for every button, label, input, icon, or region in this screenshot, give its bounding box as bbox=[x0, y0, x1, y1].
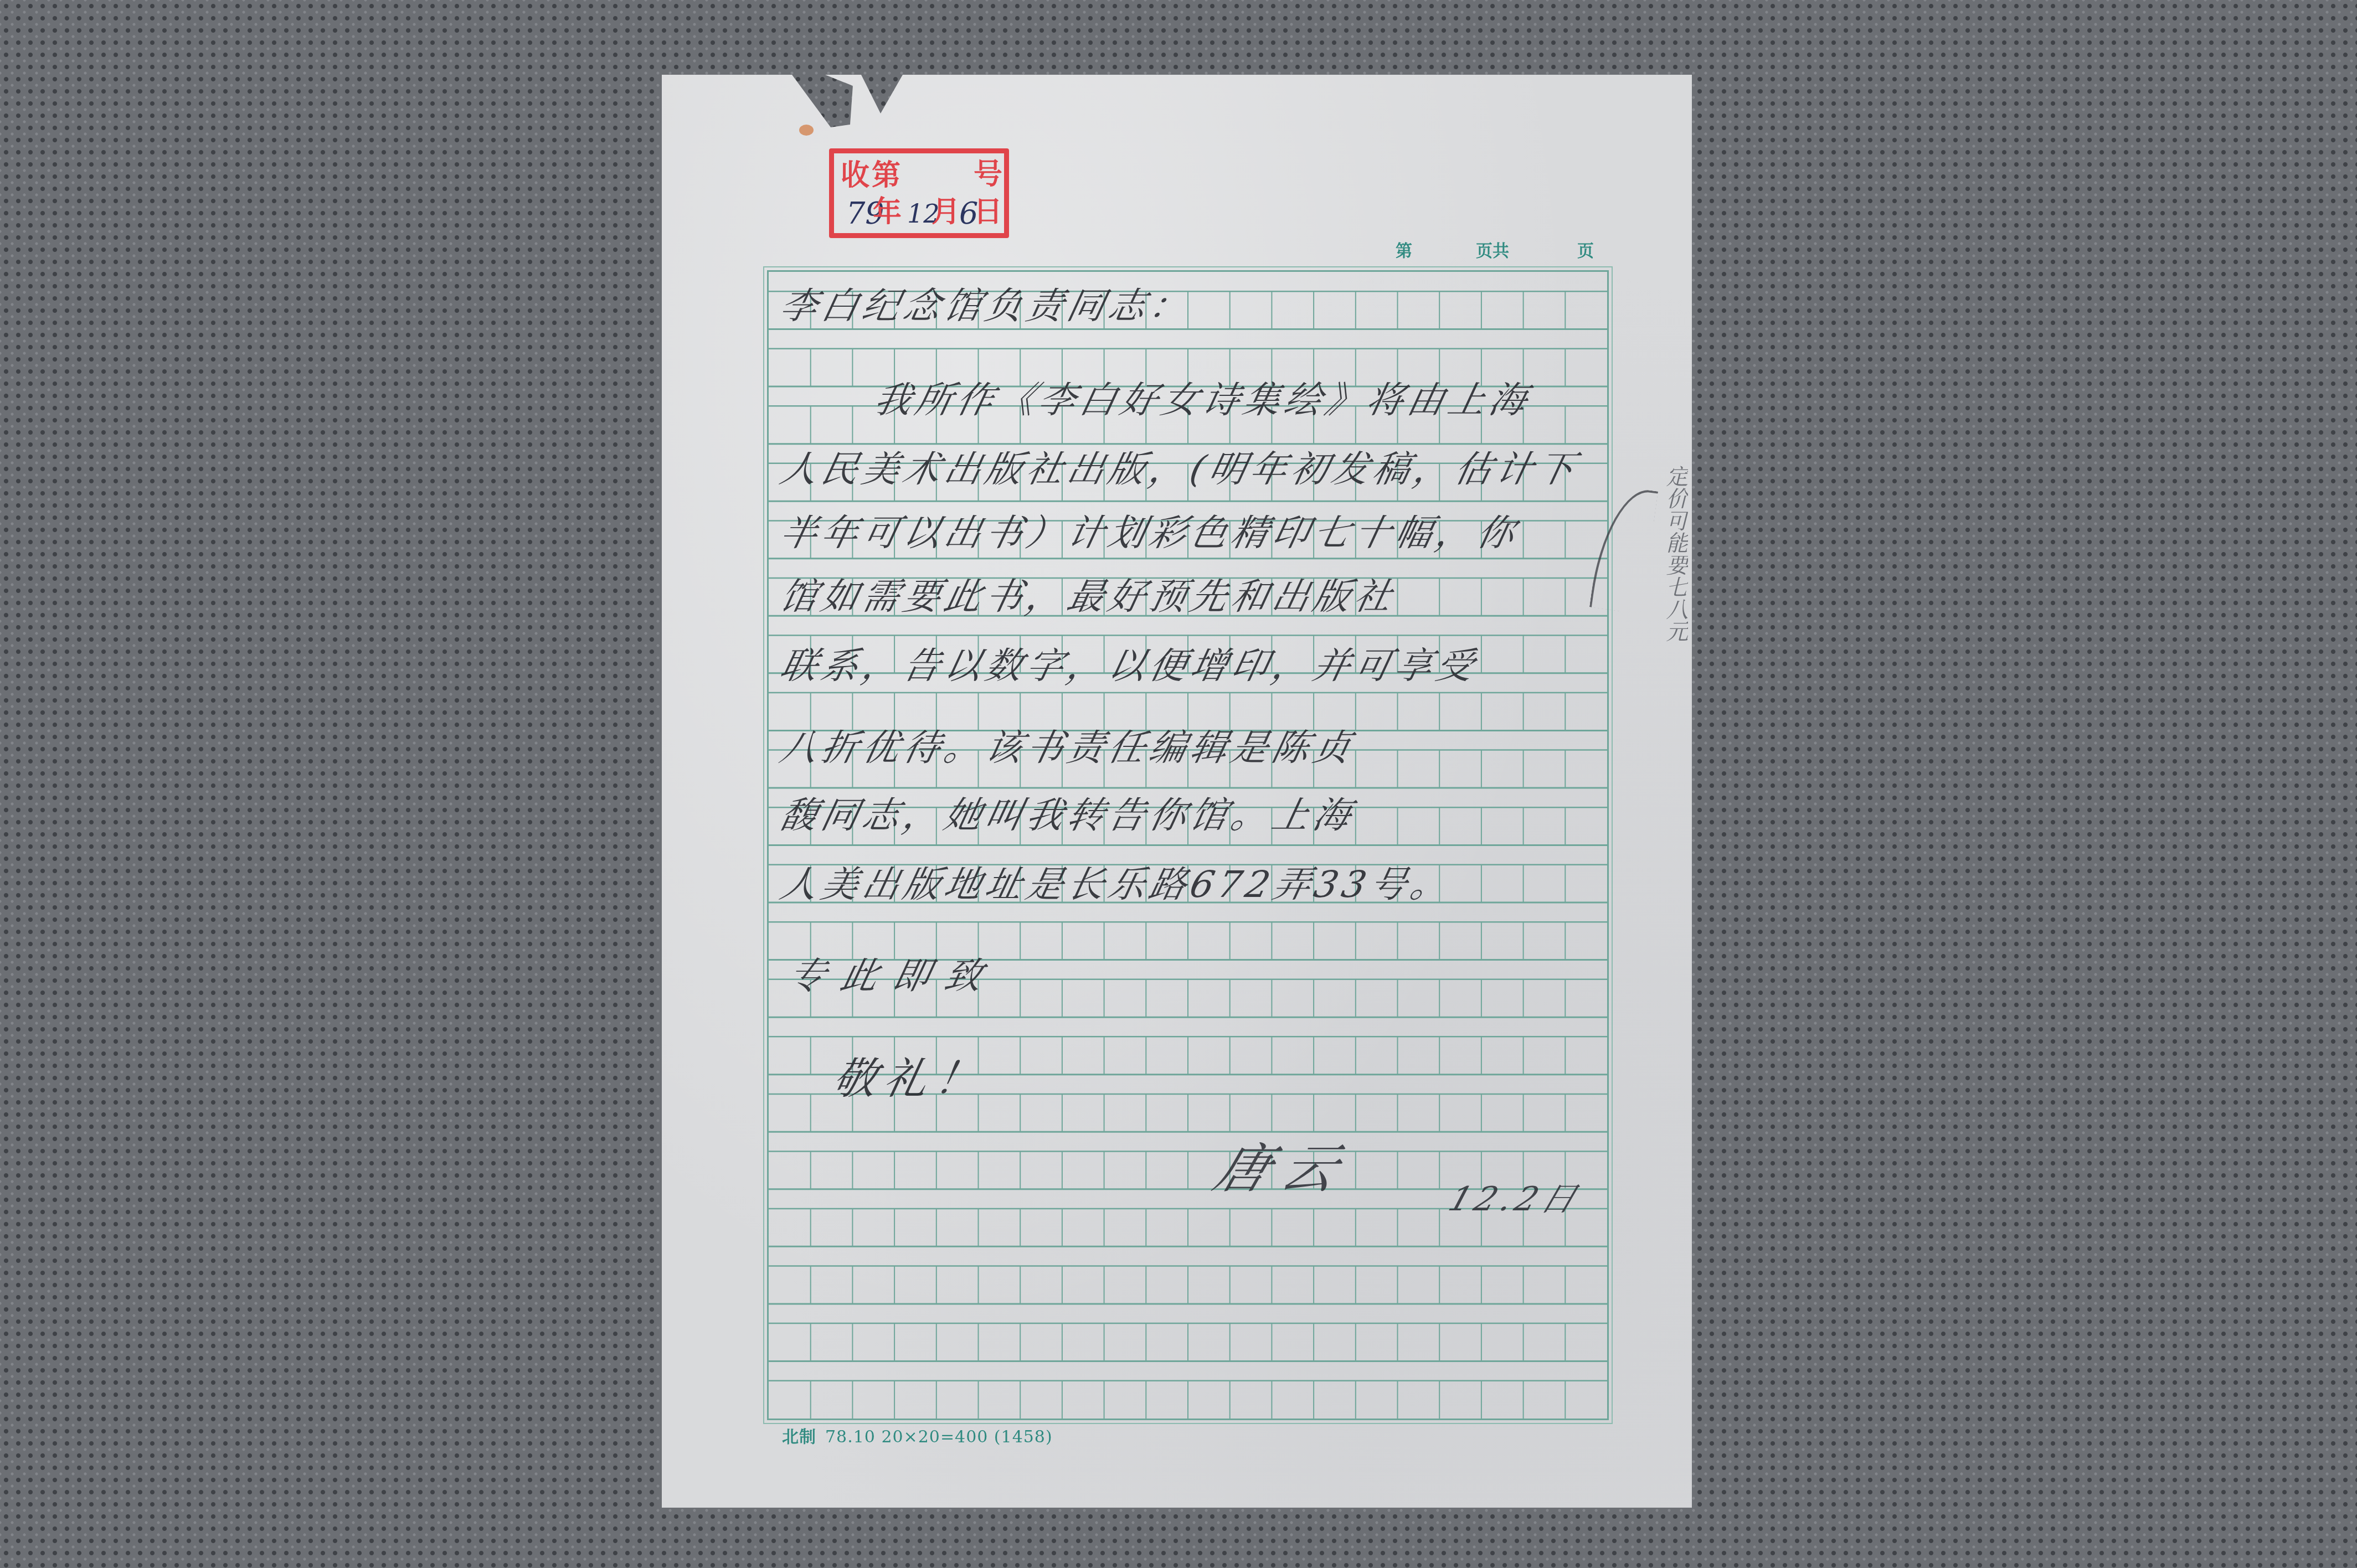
letter-line: 联系，告以数字，以便增印，并可享受 bbox=[777, 648, 1481, 684]
printer-mark: 北制 bbox=[782, 1427, 816, 1447]
page-number-mid: 页共 bbox=[1476, 237, 1509, 261]
letter-line: 人美出版地址是长乐路672弄33号。 bbox=[777, 866, 1456, 903]
stamp-day-label: 日 bbox=[974, 198, 1002, 226]
stamp-received-label: 收 bbox=[841, 161, 869, 190]
margin-note: 定价可能要七八元 bbox=[1666, 465, 1690, 642]
letter-closing-2: 敬礼！ bbox=[829, 1058, 991, 1101]
stamp-number-prefix: 第 bbox=[872, 161, 900, 190]
page-number-prefix: 第 bbox=[1396, 237, 1412, 261]
manuscript-grid bbox=[767, 270, 1609, 1420]
letter-line: 八折优待。该书责任编辑是陈贞 bbox=[777, 730, 1358, 766]
page-number-suffix: 页 bbox=[1577, 237, 1594, 261]
paper-print-info: 北制78.10 20×20=400 (1458) bbox=[782, 1423, 1053, 1447]
grid-lines bbox=[769, 272, 1607, 1419]
stamp-number-suffix: 号 bbox=[974, 160, 1002, 189]
paper-spec: 78.10 20×20=400 (1458) bbox=[825, 1427, 1053, 1447]
letter-line: 馆如需要此书，最好预先和出版社 bbox=[777, 579, 1399, 615]
letter-line: 人民美术出版社出版，(明年初发稿，估计下 bbox=[777, 451, 1582, 488]
rust-stain bbox=[799, 125, 814, 136]
signature: 唐云 bbox=[1206, 1127, 1364, 1203]
stamp-month-label: 月 bbox=[932, 198, 960, 226]
letter-line: 半年可以出书）计划彩色精印七十幅，你 bbox=[777, 515, 1522, 551]
stamp-year-label: 年 bbox=[873, 198, 902, 226]
letter-closing-1: 专此即致 bbox=[785, 958, 1001, 994]
signature-date: 12.2日 bbox=[1443, 1173, 1588, 1220]
letter-line: 馥同志，她叫我转告你馆。上海 bbox=[777, 797, 1358, 834]
letter-salutation: 李白纪念馆负责同志： bbox=[777, 288, 1195, 324]
letter-line: 我所作《李白好女诗集绘》将由上海 bbox=[871, 382, 1535, 419]
received-stamp: 收 第 号 79 年 12 月 6 日 bbox=[829, 148, 1009, 238]
